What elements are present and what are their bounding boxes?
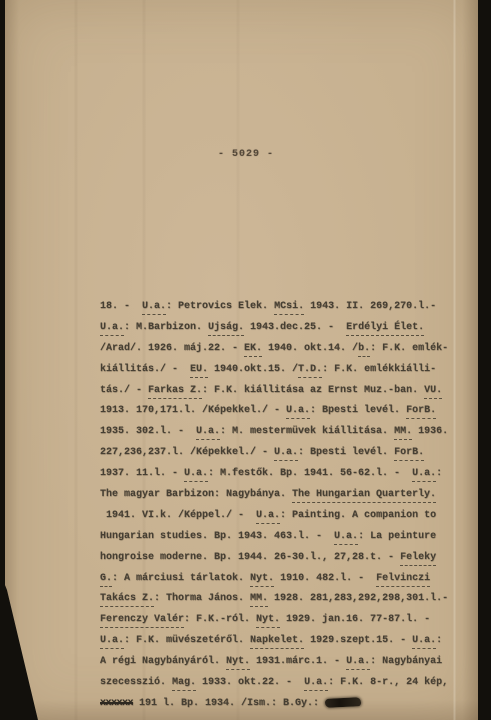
- text-segment: kiállitás./ -: [100, 364, 190, 375]
- underlined-term: Ferenczy Valér: [100, 614, 184, 628]
- document-page: - 5029 - 18. - U.a.: Petrovics Elek. MCs…: [5, 0, 478, 720]
- text-segment: : Painting. A companion to: [280, 510, 436, 521]
- underlined-term: U.a.: [142, 301, 166, 315]
- text-segment: 1941. VI.k. /Képpel./ -: [100, 510, 256, 521]
- underlined-term: MM.: [394, 426, 412, 440]
- underlined-term: MCsi.: [274, 301, 304, 315]
- text-line: 1935. 302.l. - U.a.: M. mestermüvek kiál…: [100, 422, 465, 443]
- text-segment: : Bpesti levél.: [298, 447, 394, 458]
- text-line: xxxxxx 191 l. Bp. 1934. /Ism.: B.Gy.:: [100, 694, 465, 715]
- text-line: 227,236,237.l. /Képekkel./ - U.a.: Bpest…: [100, 443, 465, 464]
- text-segment: szecesszió.: [100, 677, 172, 688]
- text-segment: hongroise moderne. Bp. 1944. 26-30.l., 2…: [100, 552, 400, 563]
- text-segment: :: [436, 468, 442, 479]
- text-segment: : F.K. müvészetéről.: [124, 635, 250, 646]
- underlined-term: U.a.: [304, 677, 328, 691]
- text-line: Ferenczy Valér: F.K.-ról. Nyt. 1929. jan…: [100, 610, 465, 631]
- page-number: - 5029 -: [218, 149, 274, 160]
- text-segment: A régi Nagybányáról.: [100, 656, 226, 667]
- underlined-term: T.D.: [298, 364, 322, 378]
- text-segment: : Nagybányai: [370, 656, 442, 667]
- underlined-term: EU.: [190, 364, 208, 378]
- underlined-term: U.a.: [184, 468, 208, 482]
- text-segment: /Arad/. 1926. máj.22. -: [100, 343, 244, 354]
- text-line: U.a.: F.K. müvészetéről. Napkelet. 1929.…: [100, 631, 465, 652]
- ink-smudge: [325, 697, 361, 708]
- text-segment: The magyar Barbizon: Nagybánya.: [100, 489, 292, 500]
- text-line: 18. - U.a.: Petrovics Elek. MCsi. 1943. …: [100, 297, 465, 318]
- text-segment: : La peinture: [358, 531, 436, 542]
- text-segment: 1940. okt.14. /: [262, 343, 358, 354]
- underlined-term: The Hungarian Quarterly.: [292, 489, 436, 503]
- underlined-term: Erdélyi Élet.: [346, 322, 424, 336]
- text-segment: 1929.szept.15. -: [304, 635, 412, 646]
- underlined-term: Farkas Z.: [148, 385, 202, 399]
- underlined-term: ForB.: [394, 447, 424, 461]
- underlined-term: U.a.: [346, 656, 370, 670]
- text-segment: Hungarian studies. Bp. 1943. 463.l. -: [100, 531, 334, 542]
- underlined-term: ForB.: [406, 405, 436, 419]
- underlined-term: VU.: [424, 385, 442, 399]
- underlined-term: b.: [358, 343, 370, 357]
- underlined-term: Felvinczi: [376, 573, 430, 587]
- text-line: The magyar Barbizon: Nagybánya. The Hung…: [100, 485, 465, 506]
- text-line: U.a.: M.Barbizon. Ujság. 1943.dec.25. - …: [100, 318, 465, 339]
- text-segment: 1935. 302.l. -: [100, 426, 196, 437]
- underlined-term: U.a.: [274, 447, 298, 461]
- text-segment: 1940.okt.15. /: [208, 364, 298, 375]
- text-segment: 1936.: [412, 426, 448, 437]
- text-line: G.: A márciusi tárlatok. Nyt. 1910. 482.…: [100, 569, 465, 590]
- underlined-term: Ujság.: [208, 322, 244, 336]
- underlined-term: MM.: [250, 593, 268, 607]
- text-segment: 1913. 170,171.l. /Képekkel./ -: [100, 405, 286, 416]
- underlined-term: Nyt.: [250, 573, 274, 587]
- underlined-term: Takács Z.: [100, 593, 154, 607]
- text-segment: 227,236,237.l. /Képekkel./ -: [100, 447, 274, 458]
- text-line: /Arad/. 1926. máj.22. - EK. 1940. okt.14…: [100, 339, 465, 360]
- text-line: 1941. VI.k. /Képpel./ - U.a.: Painting. …: [100, 506, 465, 527]
- underlined-term: U.a.: [196, 426, 220, 440]
- text-segment: 1929. jan.16. 77-87.l. -: [280, 614, 430, 625]
- text-segment: : Petrovics Elek.: [166, 301, 274, 312]
- bibliography-text-block: 18. - U.a.: Petrovics Elek. MCsi. 1943. …: [100, 297, 465, 715]
- underlined-term: Nyt.: [256, 614, 280, 628]
- scanner-background: - 5029 - 18. - U.a.: Petrovics Elek. MCs…: [0, 0, 491, 720]
- text-line: A régi Nagybányáról. Nyt. 1931.márc.1. -…: [100, 652, 465, 673]
- text-segment: : F.K. 8-r., 24 kép,: [328, 677, 448, 688]
- text-segment: :: [436, 635, 442, 646]
- text-segment: : M.festők. Bp. 1941. 56-62.l. -: [208, 468, 412, 479]
- text-segment: 1931.márc.1. -: [250, 656, 346, 667]
- text-line: szecesszió. Mag. 1933. okt.22. - U.a.: F…: [100, 673, 465, 694]
- struck-out-text: xxxxxx: [100, 698, 133, 709]
- underlined-term: U.a.: [100, 322, 124, 336]
- text-segment: 1933. okt.22. -: [196, 677, 304, 688]
- text-segment: 1943. II. 269,270.l.-: [304, 301, 436, 312]
- text-segment: 18. -: [100, 301, 142, 312]
- underlined-term: U.a.: [256, 510, 280, 524]
- text-line: Takács Z.: Thorma János. MM. 1928. 281,2…: [100, 589, 465, 610]
- underlined-term: U.a.: [412, 468, 436, 482]
- text-line: 1937. 11.l. - U.a.: M.festők. Bp. 1941. …: [100, 464, 465, 485]
- underlined-term: U.a.: [286, 405, 310, 419]
- text-segment: : M.Barbizon.: [124, 322, 208, 333]
- underlined-term: Nyt.: [226, 656, 250, 670]
- text-line: Hungarian studies. Bp. 1943. 463.l. - U.…: [100, 527, 465, 548]
- text-segment: : F.K.-ról.: [184, 614, 256, 625]
- text-segment: 191 l. Bp. 1934. /Ism.: B.Gy.:: [133, 698, 319, 709]
- underlined-term: Napkelet.: [250, 635, 304, 649]
- text-segment: : F.K. emlékkiálli-: [322, 364, 436, 375]
- underlined-term: U.a.: [100, 635, 124, 649]
- text-segment: : A márciusi tárlatok.: [112, 573, 250, 584]
- text-segment: 1910. 482.l. -: [274, 573, 376, 584]
- text-segment: : Bpesti levél.: [310, 405, 406, 416]
- underlined-term: EK.: [244, 343, 262, 357]
- text-segment: 1928. 281,283,292,298,301.l.-: [268, 593, 448, 604]
- underlined-term: U.a.: [334, 531, 358, 545]
- underlined-term: Feleky: [400, 552, 436, 566]
- underlined-term: Mag.: [172, 677, 196, 691]
- text-segment: : F.K. emlék-: [370, 343, 448, 354]
- text-segment: 1943.dec.25. -: [244, 322, 346, 333]
- text-segment: tás./ -: [100, 385, 148, 396]
- underlined-term: U.a.: [412, 635, 436, 649]
- text-segment: : F.K. kiállitása az Ernst Muz.-ban.: [202, 385, 424, 396]
- text-line: kiállitás./ - EU. 1940.okt.15. /T.D.: F.…: [100, 360, 465, 381]
- text-segment: 1937. 11.l. -: [100, 468, 184, 479]
- text-segment: : Thorma János.: [154, 593, 250, 604]
- text-segment: : M. mestermüvek kiállitása.: [220, 426, 394, 437]
- text-line: 1913. 170,171.l. /Képekkel./ - U.a.: Bpe…: [100, 401, 465, 422]
- underlined-term: G.: [100, 573, 112, 587]
- text-line: tás./ - Farkas Z.: F.K. kiállitása az Er…: [100, 381, 465, 402]
- text-line: hongroise moderne. Bp. 1944. 26-30.l., 2…: [100, 548, 465, 569]
